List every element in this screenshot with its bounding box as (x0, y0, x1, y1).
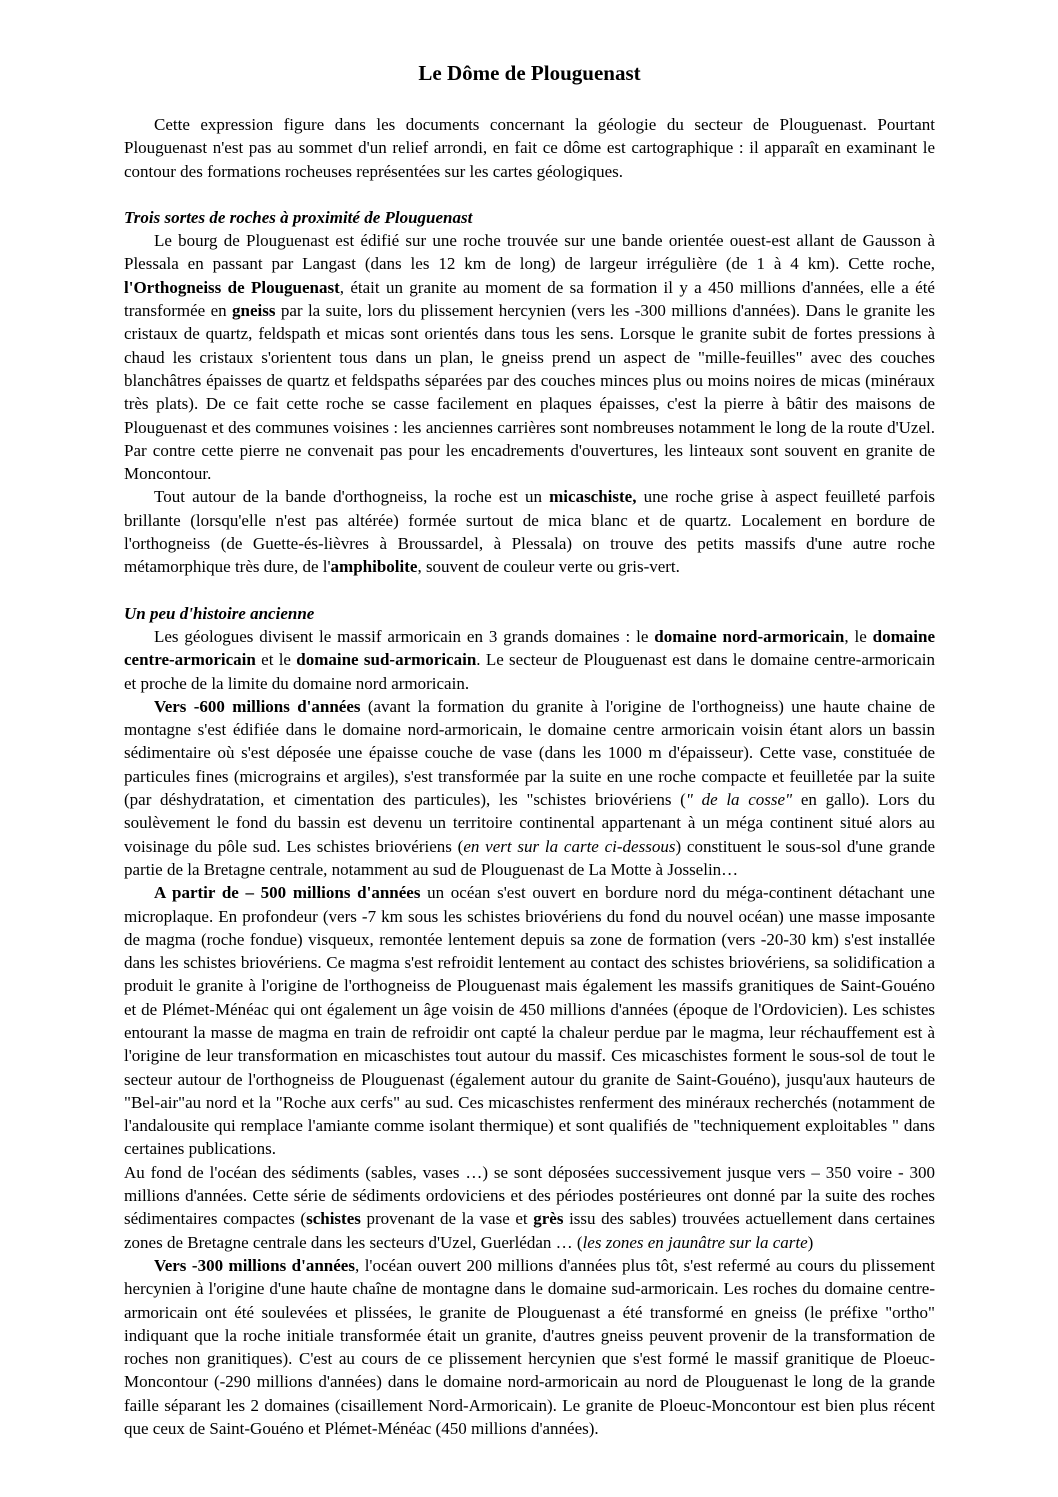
text-run: domaine sud-armoricain (296, 650, 476, 669)
paragraph-vers-300-millions: Vers -300 millions d'années, l'océan ouv… (124, 1254, 935, 1440)
text-run: A partir de – 500 millions d'années (154, 883, 420, 902)
text-run: en vert sur la carte ci-dessous (463, 837, 675, 856)
text-run: ) (808, 1233, 814, 1252)
text-run: les zones en jaunâtre sur la carte (583, 1233, 808, 1252)
text-run: amphibolite (331, 557, 418, 576)
text-run: Vers -600 millions d'années (154, 697, 361, 716)
paragraph-orthogneiss: Le bourg de Plouguenast est édifié sur u… (124, 229, 935, 485)
paragraph-vers-600-millions: Vers -600 millions d'années (avant la fo… (124, 695, 935, 881)
paragraph-intro: Cette expression figure dans les documen… (124, 113, 935, 183)
text-run: l'Orthogneiss de Plouguenast (124, 278, 340, 297)
text-run: , le (844, 627, 872, 646)
text-run: gneiss (232, 301, 275, 320)
text-run: Les géologues divisent le massif armoric… (154, 627, 654, 646)
text-run: provenant de la vase et (361, 1209, 533, 1228)
text-run: Cette expression figure dans les documen… (124, 115, 935, 181)
text-run: domaine nord-armoricain (654, 627, 844, 646)
text-run: , l'océan ouvert 200 millions d'années p… (124, 1256, 935, 1438)
text-run: Le bourg de Plouguenast est édifié sur u… (124, 231, 935, 273)
section-heading-histoire-ancienne: Un peu d'histoire ancienne (124, 602, 935, 625)
paragraph-micaschiste: Tout autour de la bande d'orthogneiss, l… (124, 485, 935, 578)
text-run: un océan s'est ouvert en bordure nord du… (124, 883, 935, 1158)
text-run: Tout autour de la bande d'orthogneiss, l… (154, 487, 549, 506)
paragraph-a-partir-de-500-millions: A partir de – 500 millions d'années un o… (124, 881, 935, 1161)
paragraph-fond-de-l-ocean: Au fond de l'océan des sédiments (sables… (124, 1161, 935, 1254)
text-run: " de la cosse" (686, 790, 792, 809)
text-run: et le (256, 650, 296, 669)
text-run: Vers -300 millions d'années (154, 1256, 355, 1275)
paragraph-trois-domaines: Les géologues divisent le massif armoric… (124, 625, 935, 695)
section-heading-trois-sortes-de-roches: Trois sortes de roches à proximité de Pl… (124, 206, 935, 229)
text-run: micaschiste, (549, 487, 636, 506)
document-title: Le Dôme de Plouguenast (124, 60, 935, 86)
text-run: , souvent de couleur verte ou gris-vert. (417, 557, 679, 576)
text-run: grès (533, 1209, 563, 1228)
text-run: schistes (306, 1209, 361, 1228)
text-run: par la suite, lors du plissement hercyni… (124, 301, 935, 483)
document-page: Le Dôme de Plouguenast Cette expression … (0, 0, 1058, 1497)
